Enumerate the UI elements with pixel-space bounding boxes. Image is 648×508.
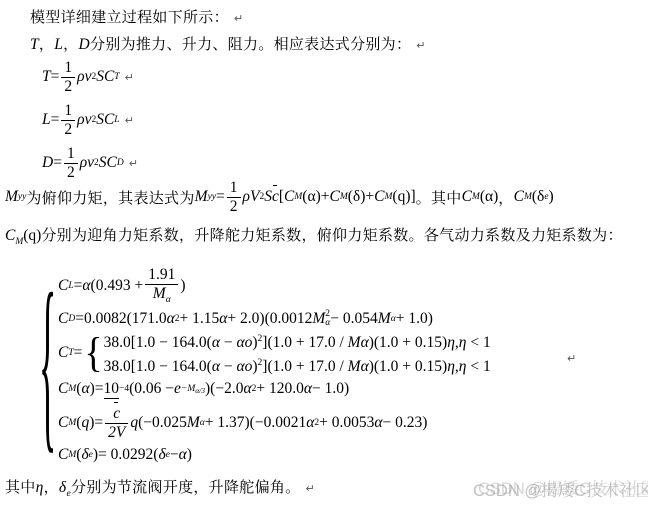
equals: = — [75, 310, 84, 328]
var-alpha: α — [219, 310, 227, 328]
fraction-one-half: 12 — [61, 59, 75, 96]
term: )(−2.0 — [205, 380, 243, 398]
var-D: D — [78, 36, 90, 53]
var-alpha: α — [243, 380, 251, 398]
term: + 1.37)(−0.0021 — [205, 414, 306, 432]
subscript-M: M — [472, 192, 480, 202]
paragraph-mark-icon: ↵ — [416, 39, 426, 52]
var-T: T — [30, 36, 39, 53]
subscript: D — [117, 158, 124, 168]
subscript-M: M — [68, 450, 76, 460]
subscript: T — [114, 72, 119, 82]
equation-thrust: T = 12ρv2SCT↵ — [42, 57, 134, 97]
subscript-alpha: α — [166, 295, 171, 305]
var-alpha: α — [81, 380, 89, 398]
comma: ， — [39, 37, 54, 53]
coeff-C: C — [284, 188, 294, 206]
coeff-C: C — [58, 446, 68, 464]
var-M: M — [378, 310, 391, 328]
system-row-CM-deltae: CM(δe) = 0.0292(δe − α) — [58, 444, 603, 466]
subscript-M: M — [340, 192, 348, 202]
term: + 2.0)(0.0012 — [227, 310, 312, 328]
coeff-C: C — [514, 188, 524, 206]
system-row-CD: CD = 0.0082(171.0α2 + 1.15α + 2.0)(0.001… — [58, 308, 603, 330]
coeff-C: C — [58, 380, 68, 398]
subscript-yy: yy — [208, 192, 216, 202]
term: 0.0082(171.0 — [84, 310, 167, 328]
equals: = — [74, 344, 83, 362]
subscript-M: M — [384, 192, 392, 202]
case-lines: 38.0[1.0 − 164.0(α − αo)2](1.0 + 17.0 / … — [104, 329, 491, 377]
coeff-C: C — [58, 310, 68, 328]
paragraph-mark-icon: ↵ — [129, 157, 138, 170]
rho-v: ρv — [77, 68, 91, 86]
watermark-text: CSDN @揭矮C技术社区 — [473, 477, 648, 501]
document-page: 模型详细建立过程如下所示：↵ T，L，D分别为推力、升力、阻力。相应表达式分别为… — [0, 0, 648, 508]
fraction-one-half: 12 — [61, 102, 75, 139]
S-C: SC — [99, 154, 117, 172]
fraction: 1.91Mα — [145, 266, 178, 306]
var-M: M — [153, 285, 166, 302]
var-alpha: α — [304, 380, 312, 398]
rho-V: ρV — [243, 188, 260, 206]
system-row-CM-alpha: CM(α) = 10−4(0.06 − e−Mα/3)(−2.0α2 + 120… — [58, 376, 603, 402]
paragraph-tld: T，L，D分别为推力、升力、阻力。相应表达式分别为：↵ — [30, 33, 426, 54]
footer-text-1: 其中 — [5, 480, 36, 496]
coeff-C: C — [58, 414, 68, 432]
var-eta: η — [36, 479, 44, 496]
subscript-M: M — [294, 192, 302, 202]
paragraph-footer: 其中η，δe分别为节流阀开度，升降舵偏角。↵ — [5, 476, 315, 499]
var-M: M — [187, 414, 200, 432]
equals-term: = 0.0292( — [98, 446, 158, 464]
paragraph-mark-icon: ↵ — [125, 114, 134, 127]
var-alpha: α — [306, 414, 314, 432]
subscript-M: M — [68, 418, 76, 428]
system-brace: { — [39, 265, 56, 459]
fraction-one-half: 12 — [64, 145, 78, 182]
term: + 1.15 — [180, 310, 220, 328]
S-C: SC — [96, 68, 114, 86]
watermark: CSDN @揭矮C技术社区CSDN @揭矮C技术社区 — [473, 474, 648, 502]
var-q: q — [81, 414, 89, 432]
paragraph-mark-icon: ↵ — [234, 12, 244, 25]
subscript-D: D — [68, 314, 75, 324]
var-q: q — [130, 414, 138, 432]
eq-lhs: D — [42, 154, 53, 172]
equals: = — [94, 414, 103, 432]
system-row-CT: CT = {38.0[1.0 − 164.0(α − αo)2](1.0 + 1… — [58, 330, 603, 376]
term: (0.493 + — [91, 277, 144, 295]
subscript-M: M — [68, 384, 76, 394]
var-Myy: M — [5, 188, 18, 206]
var-delta: δ — [158, 446, 165, 464]
var-alpha: α — [179, 446, 187, 464]
term: − — [170, 446, 179, 464]
subscript-M: M — [524, 192, 532, 202]
var-alpha: α — [167, 310, 175, 328]
footer-text-2: 分别为节流阀开度，升降舵偏角。 — [71, 480, 301, 496]
paren: ) — [187, 446, 192, 464]
arg-q: (q) — [392, 188, 410, 206]
term: + 120.0 — [256, 380, 304, 398]
subscript: L — [114, 115, 119, 125]
arg-delta: (δ) — [348, 188, 366, 206]
system-row-CM-q: CM(q) = c2Vq(−0.025Mα + 1.37)(−0.0021α2 … — [58, 402, 603, 444]
moment-text-2: 。其中 — [416, 187, 462, 208]
equation-lift: L = 12ρv2SCL↵ — [42, 100, 134, 140]
case-line-2: 38.0[1.0 − 164.0(α − αo)2](1.0 + 17.0 / … — [104, 353, 491, 377]
paragraph-intro: 模型详细建立过程如下所示：↵ — [30, 6, 243, 27]
term: (−0.025 — [138, 414, 187, 432]
coeff-C: C — [58, 344, 68, 362]
paragraph-moment-line2: CM(q)分别为迎角力矩系数，升降舵力矩系数，俯仰力矩系数。各气动力系数及力矩系… — [5, 224, 623, 247]
arg-alpha: (α) — [480, 188, 498, 206]
paragraph-mark-icon: ↵ — [125, 71, 134, 84]
term: + 0.0053 — [319, 414, 374, 432]
fraction-one-half: 12 — [227, 179, 241, 216]
paren-delta: (δ — [532, 188, 544, 206]
equals: = — [53, 154, 62, 172]
term: + 1.0) — [396, 310, 433, 328]
equals: = — [51, 68, 60, 86]
var-S: S — [264, 188, 272, 206]
coeff-C: C — [5, 227, 15, 244]
paragraph-intro-text: 模型详细建立过程如下所示： — [30, 10, 229, 26]
rho-v: ρv — [80, 154, 94, 172]
var-alpha: α — [82, 277, 90, 295]
eq-lhs: L — [42, 111, 51, 129]
equals: = — [95, 380, 104, 398]
var-alpha: α — [374, 414, 382, 432]
base-ten: 10 — [104, 380, 120, 399]
var-delta: δ — [81, 446, 88, 464]
euler-e: e — [174, 380, 181, 398]
exponent-minus4: −4 — [119, 384, 129, 394]
case-brace: { — [84, 332, 102, 375]
moment-text-3: 分别为迎角力矩系数，升降舵力矩系数，俯仰力矩系数。各气动力系数及力矩系数为： — [41, 228, 622, 244]
comma: ， — [44, 480, 59, 496]
paragraph-moment-line1: Myy为俯仰力矩，其表达式为Myy = 12ρV2Sc[CM(α)+CM(δ)+… — [5, 177, 554, 217]
coeff-C: C — [329, 188, 339, 206]
coeff-C: C — [374, 188, 384, 206]
rho-v: ρv — [77, 111, 91, 129]
moment-text-1: 为俯仰力矩，其表达式为 — [26, 187, 194, 208]
arg-alpha: (α) — [302, 188, 320, 206]
system-row-CL: CL = α(0.493 + 1.91Mα) — [58, 264, 603, 308]
var-M: M — [312, 310, 325, 328]
equation-system: { CL = α(0.493 + 1.91Mα) CD = 0.0082(171… — [43, 264, 603, 466]
coeff-C: C — [462, 188, 472, 206]
term: (0.06 − — [129, 380, 174, 398]
coeff-C: C — [58, 277, 68, 295]
equals: = — [216, 188, 225, 206]
term: − 0.23) — [383, 414, 428, 432]
case-line-1: 38.0[1.0 − 164.0(α − αo)2](1.0 + 17.0 / … — [104, 329, 491, 353]
term: − 1.0) — [312, 380, 349, 398]
plus: + — [321, 188, 330, 206]
plus: + — [365, 188, 374, 206]
equals: = — [74, 277, 83, 295]
arg-q: (q) — [23, 227, 41, 244]
paren: ) — [180, 277, 185, 295]
fraction-cbar-2V: c2V — [105, 405, 128, 442]
comma: ， — [498, 187, 513, 208]
comma: ， — [63, 37, 78, 53]
S-C: SC — [96, 111, 114, 129]
paragraph-tld-text: 分别为推力、升力、阻力。相应表达式分别为： — [90, 37, 411, 53]
var-c-bar: c — [272, 188, 279, 206]
paragraph-mark-icon: ↵ — [305, 482, 315, 495]
system-rows: CL = α(0.493 + 1.91Mα) CD = 0.0082(171.0… — [58, 264, 603, 466]
paragraph-mark-icon: ↵ — [567, 352, 576, 365]
var-L: L — [54, 36, 63, 53]
term: − 0.054 — [330, 310, 378, 328]
paren: ) — [549, 188, 554, 206]
equals: = — [51, 111, 60, 129]
var-Myy: M — [195, 188, 208, 206]
eq-lhs: T — [42, 68, 51, 86]
exponent-group: −Mα/3 — [181, 384, 205, 395]
subscript-yy: yy — [18, 192, 26, 202]
